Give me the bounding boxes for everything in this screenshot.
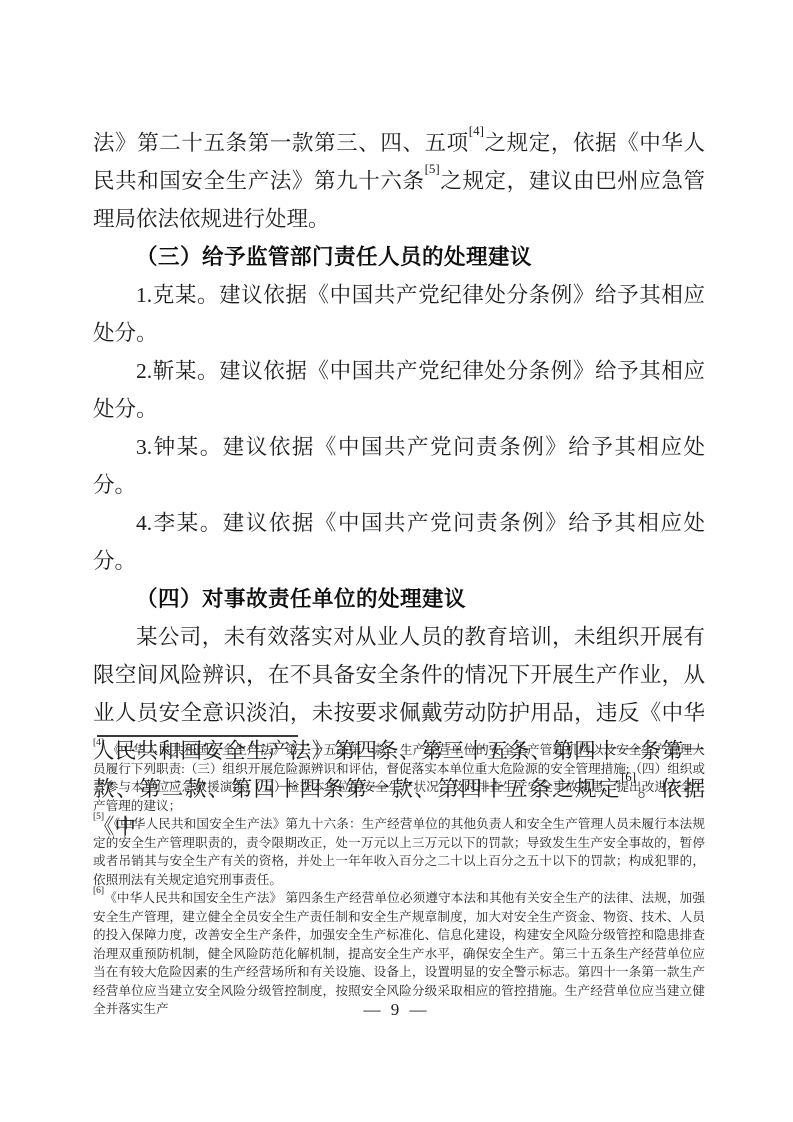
footnote-marker-5: [5] xyxy=(93,812,104,822)
list-item-4: 4.李某。建议依据《中国共产党问责条例》给予其相应处分。 xyxy=(93,504,705,580)
footnote-4: [4] 《中华人民共和国安全生产法》第二十五条第一款：生产经营单位的安全生产管理… xyxy=(93,741,705,815)
paragraph-text: 法》第二十五条第一款第三、四、五项 xyxy=(93,131,469,155)
footnote-marker-4: [4] xyxy=(93,738,104,748)
document-page: 法》第二十五条第一款第三、四、五项[4]之规定，依据《中华人民共和国安全生产法》… xyxy=(0,0,793,1122)
footnote-text: 《中华人民共和国安全生产法》第九十六条：生产经营单位的其他负责人和安全生产管理人… xyxy=(93,817,705,887)
footnote-text: 《中华人民共和国安全生产法》 第四条生产经营单位必须遵守本法和其他有关安全生产的… xyxy=(93,891,705,1016)
list-item-1: 1.克某。建议依据《中国共产党纪律处分条例》给予其相应处分。 xyxy=(93,276,705,352)
paragraph-legal-basis: 法》第二十五条第一款第三、四、五项[4]之规定，依据《中华人民共和国安全生产法》… xyxy=(93,124,705,238)
document-body: 法》第二十五条第一款第三、四、五项[4]之规定，依据《中华人民共和国安全生产法》… xyxy=(93,124,705,846)
footnote-marker-6: [6] xyxy=(93,886,104,896)
footnote-text: 《中华人民共和国安全生产法》第二十五条第一款：生产经营单位的安全生产管理机构以及… xyxy=(93,743,705,813)
heading-section-3: （三）给予监管部门责任人员的处理建议 xyxy=(93,238,705,276)
heading-section-4: （四）对事故责任单位的处理建议 xyxy=(93,580,705,618)
footnote-separator-rule xyxy=(97,735,298,737)
list-item-2: 2.靳某。建议依据《中国共产党纪律处分条例》给予其相应处分。 xyxy=(93,352,705,428)
footnotes-section: [4] 《中华人民共和国安全生产法》第二十五条第一款：生产经营单位的安全生产管理… xyxy=(93,741,705,1019)
list-item-3: 3.钟某。建议依据《中国共产党问责条例》给予其相应处分。 xyxy=(93,428,705,504)
footnote-ref-5: [5] xyxy=(425,161,440,176)
footnote-ref-4: [4] xyxy=(469,123,484,138)
footnote-5: [5] 《中华人民共和国安全生产法》第九十六条：生产经营单位的其他负责人和安全生… xyxy=(93,815,705,889)
page-number: — 9 — xyxy=(0,1000,793,1020)
